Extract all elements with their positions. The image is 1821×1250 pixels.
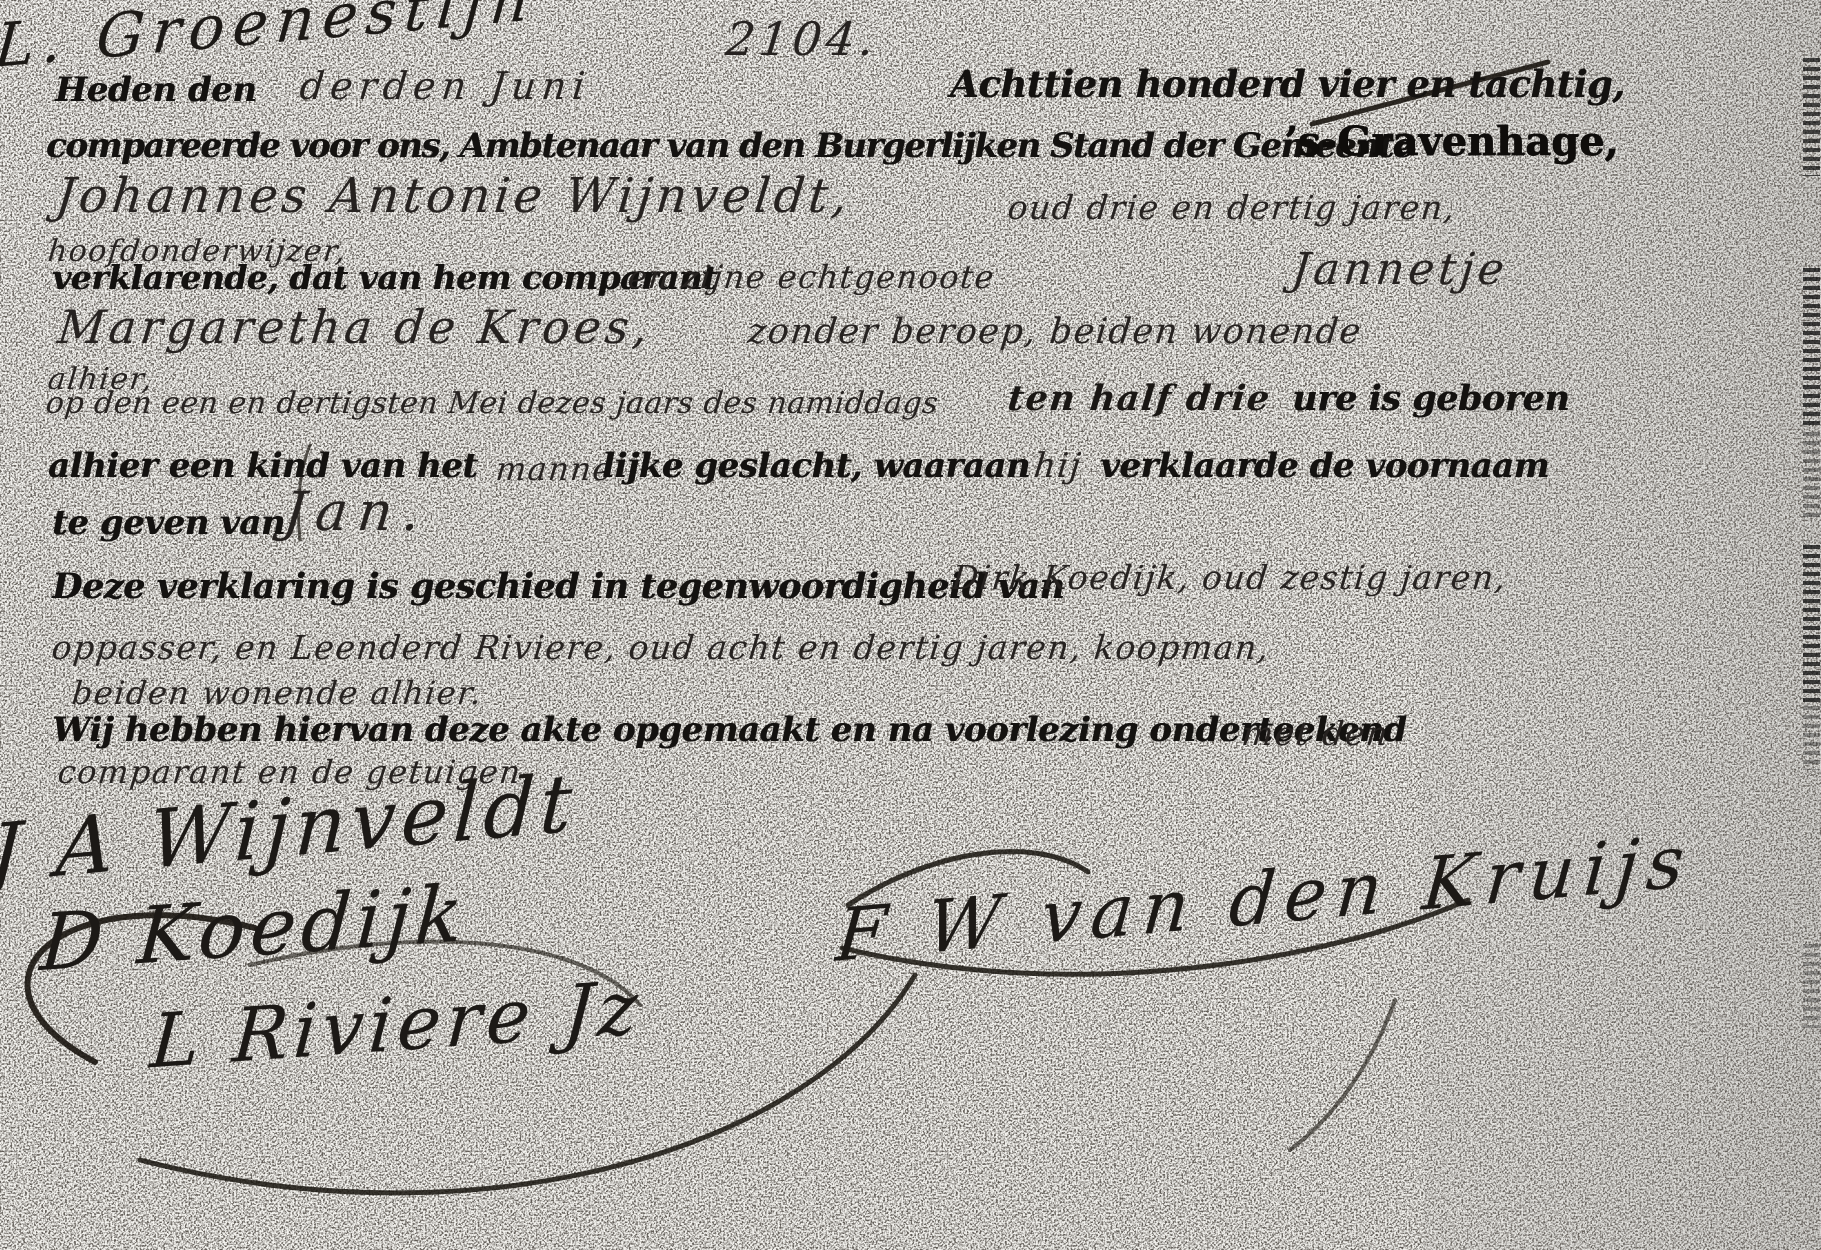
binding-edge-mark (1803, 268, 1820, 430)
printed-name-phrase: te geven van (52, 503, 285, 543)
binding-edge-mark (1803, 706, 1820, 770)
handwritten-birth-time: ten half drie (1006, 378, 1273, 419)
declarant-name: Johannes Antonie Wijnveldt, (53, 168, 854, 224)
printed-closing: Wij hebben hiervan deze akte opgemaakt e… (52, 710, 1406, 750)
binding-edge-mark (1803, 432, 1820, 522)
printed-declaration: verklarende, dat van hem comparant (52, 258, 717, 297)
printed-born-phrase: ure is geboren (1292, 378, 1569, 419)
handwritten-sex-prefix: manne (494, 450, 615, 488)
wife-occupation-residence: zonder beroep, beiden wonende (746, 312, 1364, 352)
declarant-age: oud drie en dertig jaren, (1006, 188, 1458, 227)
city-name-blackletter: ’s-Gravenhage, (1284, 118, 1618, 165)
printed-year: Achttien honderd vier en tachtig, (950, 62, 1625, 106)
printed-witness-phrase: Deze verklaring is geschied in tegenwoor… (52, 566, 1064, 607)
printed-child-phrase-2: lijke geslacht, waaraan (602, 446, 1030, 486)
binding-edge-mark (1803, 545, 1820, 703)
witnesses-residence: beiden wonende alhier. (70, 674, 484, 712)
wife-name: Margaretha de Kroes, (55, 300, 654, 354)
wife-first-name: Jannetje (1289, 244, 1510, 295)
printed-official-line: compareerde voor ons, Ambtenaar van den … (46, 126, 1413, 166)
signature-witness-2: L Riviere Jz (148, 965, 646, 1086)
handwritten-date: derden Juni (298, 64, 593, 108)
handwritten-spouse-phrase: en zijne echtgenoote (626, 258, 997, 296)
witness-1-name-age: Dirk Koedijk, oud zestig jaren, (950, 558, 1509, 597)
binding-edge-mark (1803, 944, 1820, 1028)
witness-2-name-age: oppasser, en Leenderd Riviere, oud acht … (50, 628, 1272, 667)
handwritten-birth-date: op den een en dertigsten Mei dezes jaars… (44, 386, 940, 421)
binding-edge-mark (1803, 58, 1820, 176)
signature-official: F W van den Kruijs (833, 818, 1697, 978)
printed-child-phrase-3: verklaarde de voornaam (1100, 446, 1549, 486)
document-scan: L. Groenestijn 2104. Heden den derden Ju… (0, 0, 1821, 1250)
printed-date-prefix: Heden den (55, 70, 256, 110)
handwritten-closing: met den (1240, 714, 1391, 753)
act-number: 2104. (723, 12, 880, 66)
child-name: Jan. (281, 480, 433, 543)
handwritten-pronoun: hij (1032, 446, 1084, 486)
